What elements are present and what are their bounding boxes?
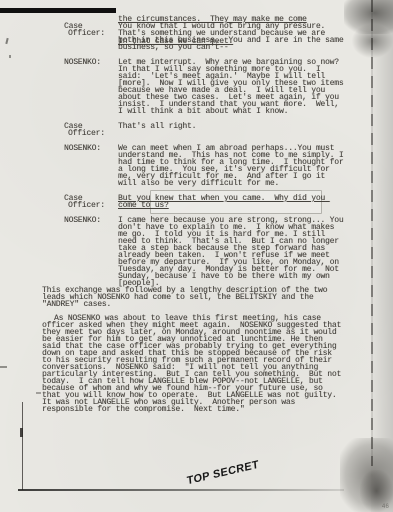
- speaker-label: Case Officer:: [62, 195, 118, 209]
- speaker-label: NOSENKO:: [62, 217, 118, 287]
- speech-text: We can meet when I am abroad perhaps...Y…: [118, 145, 346, 187]
- margin-tick: [20, 428, 23, 437]
- speech-text: I came here because you are strong, stro…: [118, 217, 346, 287]
- scanned-document-page: the circumstances. They may make me come…: [0, 0, 393, 512]
- top-secret-stamp: TOP SECRET: [186, 459, 259, 488]
- scan-edge-shadow: [371, 0, 393, 512]
- dialogue-entry: NOSENKO:Let me interrupt. Why are we bar…: [62, 59, 348, 115]
- dialogue: Case Officer:You know that I would not b…: [62, 23, 348, 295]
- footer-rule-line: [18, 489, 344, 491]
- speaker-label: Case Officer:: [62, 123, 118, 137]
- ink-speck: [36, 392, 41, 394]
- paragraph: This exchange was followed by a lengthy …: [42, 287, 344, 308]
- paragraph: As NOSENKO was about to leave this first…: [42, 315, 344, 413]
- speech-text: You know that I would not bring any pres…: [118, 23, 346, 51]
- speech-text: But you knew that when you came. Why did…: [118, 195, 346, 209]
- dialogue-entry: NOSENKO:We can meet when I am abroad per…: [62, 145, 348, 187]
- dialogue-entry: Case Officer:You know that I would not b…: [62, 23, 348, 51]
- ink-speck: [0, 366, 7, 368]
- scan-smudge-top-right-2: [352, 24, 393, 58]
- page-number: 46: [382, 503, 389, 510]
- dialogue-entry: NOSENKO:I came here because you are stro…: [62, 217, 348, 287]
- dialogue-entry: Case Officer:But you knew that when you …: [62, 195, 348, 209]
- redaction-bar: [0, 8, 116, 13]
- narrative-paragraphs: This exchange was followed by a lengthy …: [42, 287, 344, 420]
- speaker-label: NOSENKO:: [62, 145, 118, 187]
- ink-speck: [5, 38, 8, 44]
- dialogue-entry: Case Officer:That's all right.: [62, 123, 348, 137]
- margin-line-vertical: [22, 402, 23, 490]
- speech-text: Let me interrupt. Why are we bargaining …: [118, 59, 346, 115]
- ink-speck: [9, 55, 11, 58]
- scan-edge-line: [371, 0, 373, 466]
- speaker-label: NOSENKO:: [62, 59, 118, 115]
- speaker-label: Case Officer:: [62, 23, 118, 51]
- speech-text: That's all right.: [118, 123, 346, 137]
